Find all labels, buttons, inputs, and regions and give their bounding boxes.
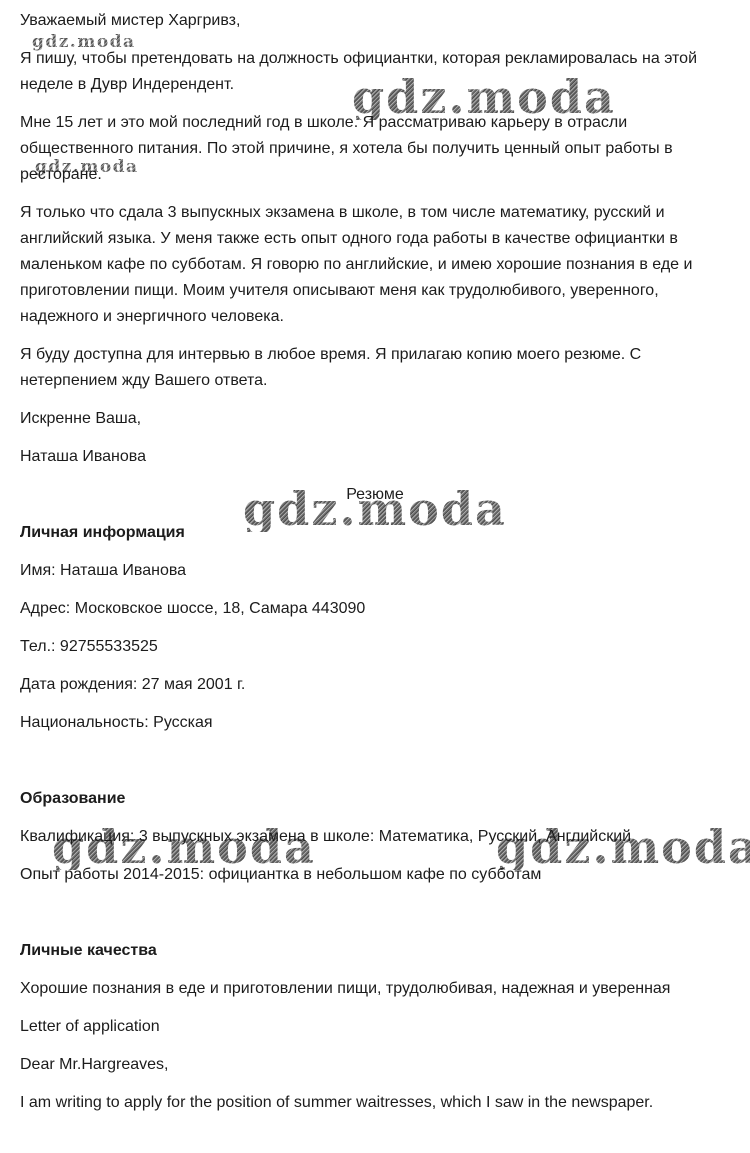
letter-document: Уважаемый мистер Харгривз, Я пишу, чтобы… bbox=[0, 0, 750, 1116]
letter-closing: Искренне Ваша, bbox=[20, 406, 730, 432]
personal-field-phone: Тел.: 92755533525 bbox=[20, 634, 730, 660]
personal-field-birthdate: Дата рождения: 27 мая 2001 г. bbox=[20, 672, 730, 698]
education-experience: Опыт работы 2014-2015: официантка в небо… bbox=[20, 862, 730, 888]
letter-signature: Наташа Иванова bbox=[20, 444, 730, 470]
letter-paragraph-2: Мне 15 лет и это мой последний год в шко… bbox=[20, 110, 730, 188]
education-heading: Образование bbox=[20, 786, 730, 812]
personal-qualities-text: Хорошие познания в еде и приготовлении п… bbox=[20, 976, 730, 1002]
document-page: { "watermark": { "text": "gdz.moda", "co… bbox=[0, 0, 750, 1153]
personal-field-nationality: Национальность: Русская bbox=[20, 710, 730, 736]
letter-paragraph-3: Я только что сдала 3 выпускных экзамена … bbox=[20, 200, 730, 330]
section-gap bbox=[20, 900, 730, 938]
education-qualification: Квалификация: 3 выпускных экзамена в шко… bbox=[20, 824, 730, 850]
section-gap bbox=[20, 748, 730, 786]
letter-paragraph-1: Я пишу, чтобы претендовать на должность … bbox=[20, 46, 730, 98]
letter-salutation: Уважаемый мистер Харгривз, bbox=[20, 8, 730, 34]
personal-info-heading: Личная информация bbox=[20, 520, 730, 546]
letter-en-salutation: Dear Mr.Hargreaves, bbox=[20, 1052, 730, 1078]
letter-en-body: I am writing to apply for the position o… bbox=[20, 1090, 730, 1116]
personal-field-address: Адрес: Московское шоссе, 18, Самара 4430… bbox=[20, 596, 730, 622]
resume-title: Резюме bbox=[20, 482, 730, 508]
letter-paragraph-4: Я буду доступна для интервью в любое вре… bbox=[20, 342, 730, 394]
letter-en-title: Letter of application bbox=[20, 1014, 730, 1040]
personal-field-name: Имя: Наташа Иванова bbox=[20, 558, 730, 584]
personal-qualities-heading: Личные качества bbox=[20, 938, 730, 964]
